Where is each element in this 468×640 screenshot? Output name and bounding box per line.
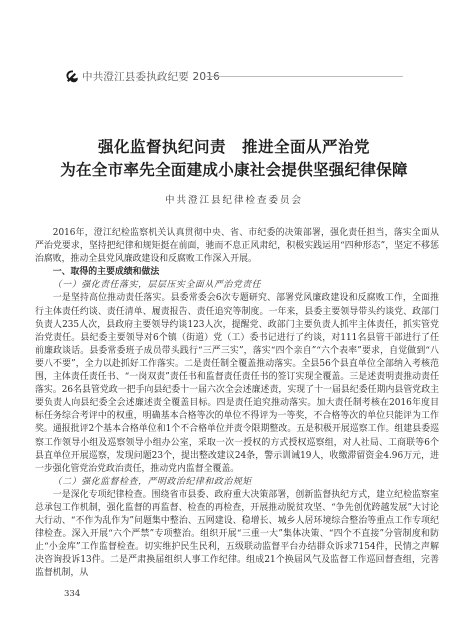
party-emblem-icon xyxy=(64,68,80,84)
running-header: 中共澄江县委执政纪要 2016 xyxy=(64,67,220,85)
header-rule xyxy=(205,76,403,77)
running-title: 中共澄江县委执政纪要 2016 xyxy=(82,69,220,84)
article-body: 2016年，澄江纪检监察机关认真贯彻中央、省、市纪委的决策部署，强化责任担当，落… xyxy=(35,227,439,581)
article-title-line1: 强化监督执纪问责 推进全面从严治党 xyxy=(0,135,468,157)
body-paragraph: 一是深化专项纪律检查。围绕省市县委、政府重大决策部署，创新监督执纪方式，建立纪检… xyxy=(35,489,439,581)
subsection-heading: （二）强化监督检查，严明政治纪律和政治规矩 xyxy=(35,476,439,489)
body-paragraph: 一是坚持高位推动责任落实。县委常委会6次专题研究、部署党风廉政建设和反腐败工作，… xyxy=(35,292,439,475)
article-title-line2: 为在全市率先全面建成小康社会提供坚强纪律保障 xyxy=(0,158,468,180)
intro-paragraph: 2016年，澄江纪检监察机关认真贯彻中央、省、市纪委的决策部署，强化责任担当，落… xyxy=(35,227,439,266)
article-author: 中共澄江县纪律检查委员会 xyxy=(0,192,468,206)
page-number: 334 xyxy=(64,589,80,599)
subsection-heading: （一）强化责任落实，层层压实全面从严治党责任 xyxy=(35,279,439,292)
section-heading: 一、取得的主要成绩和做法 xyxy=(35,266,439,279)
